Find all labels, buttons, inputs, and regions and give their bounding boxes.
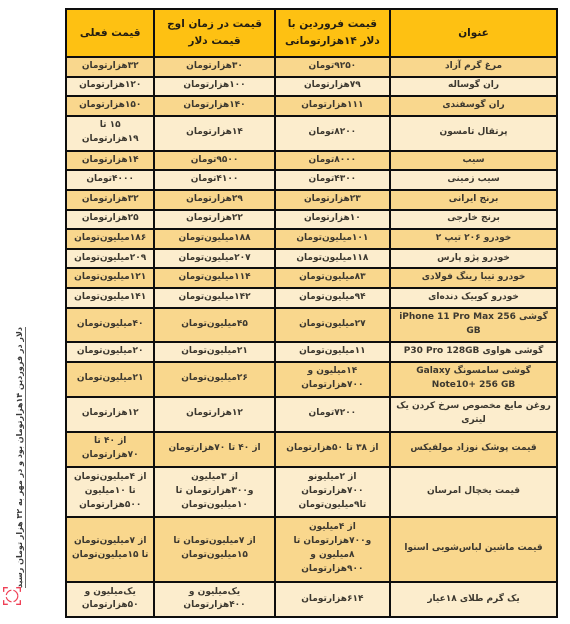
- news-agency-logo-icon: [2, 586, 22, 606]
- cell-item-title: گوشی هواوی P30 Pro 128GB: [390, 342, 557, 362]
- table-row: سیب زمینی ۴۳۰۰تومان ۴۱۰۰تومان ۴۰۰۰تومان: [66, 170, 557, 190]
- table-body: مرغ گرم آزاد ۹۲۵۰تومان ۳۰هزارتومان ۳۲هزا…: [66, 57, 557, 617]
- cell-peak-price: از ۴۰ تا ۷۰هزارتومان: [154, 432, 274, 467]
- cell-peak-price: ۱۱۴میلیون‌تومان: [154, 268, 274, 288]
- cell-item-title: پرتقال تامسون: [390, 116, 557, 151]
- cell-farvardin-price: از ۴میلیون و۷۰۰هزارتومان تا ۸میلیون و ۹۰…: [275, 517, 390, 582]
- cell-item-title: خودرو تیبا رینگ فولادی: [390, 268, 557, 288]
- cell-current-price: ۱۴۱میلیون‌تومان: [66, 288, 154, 308]
- cell-peak-price: ۲۶میلیون‌تومان: [154, 362, 274, 397]
- cell-item-title: خودرو پژو پارس: [390, 249, 557, 269]
- cell-current-price: از ۴۰ تا ۷۰هزارتومان: [66, 432, 154, 467]
- table-row: خودرو کوییک دنده‌ای ۹۴میلیون‌تومان ۱۴۲می…: [66, 288, 557, 308]
- cell-peak-price: از ۷میلیون‌تومان تا ۱۵میلیون‌تومان: [154, 517, 274, 582]
- cell-farvardin-price: ۹۲۵۰تومان: [275, 57, 390, 77]
- cell-farvardin-price: ۸۲۰۰تومان: [275, 116, 390, 151]
- cell-peak-price: ۱۴۰هزارتومان: [154, 96, 274, 116]
- cell-item-title: قیمت ماشین لباس‌شویی اسنوا: [390, 517, 557, 582]
- cell-farvardin-price: ۸۳میلیون‌تومان: [275, 268, 390, 288]
- table-row: گوشی iPhone 11 Pro Max 256 GB ۲۷میلیون‌ت…: [66, 308, 557, 343]
- table-row: قیمت یخچال امرسان از ۲میلیونو ۷۰۰هزارتوم…: [66, 467, 557, 517]
- cell-current-price: ۱۵۰هزارتومان: [66, 96, 154, 116]
- cell-farvardin-price: ۹۴میلیون‌تومان: [275, 288, 390, 308]
- cell-current-price: یک‌میلیون و ۵۰هزارتومان: [66, 582, 154, 617]
- cell-current-price: ۲۰۹میلیون‌تومان: [66, 249, 154, 269]
- table-row: برنج خارجی ۱۰هزارتومان ۲۲هزارتومان ۲۵هزا…: [66, 210, 557, 230]
- cell-current-price: از ۴میلیون‌تومان تا ۱۰میلیون ۵۰۰هزارتوما…: [66, 467, 154, 517]
- cell-current-price: ۴۰۰۰تومان: [66, 170, 154, 190]
- cell-peak-price: ۲۰۷میلیون‌تومان: [154, 249, 274, 269]
- cell-item-title: برنج ایرانی: [390, 190, 557, 210]
- header-row: عنوان قیمت فروردین با دلار ۱۴هزارتومانی …: [66, 9, 557, 57]
- side-caption: دلار در فروردین ۱۴هزارتومان بود و در مهر…: [7, 327, 26, 588]
- cell-current-price: ۳۲هزارتومان: [66, 57, 154, 77]
- cell-farvardin-price: ۶۱۴هزارتومان: [275, 582, 390, 617]
- cell-peak-price: ۲۲هزارتومان: [154, 210, 274, 230]
- cell-current-price: ۱۴هزارتومان: [66, 151, 154, 171]
- cell-farvardin-price: ۷۲۰۰تومان: [275, 397, 390, 432]
- cell-item-title: گوشی iPhone 11 Pro Max 256 GB: [390, 308, 557, 343]
- cell-farvardin-price: ۲۳هزارتومان: [275, 190, 390, 210]
- table-row: یک گرم طلای ۱۸عیار ۶۱۴هزارتومان یک‌میلیو…: [66, 582, 557, 617]
- col-header-current-price: قیمت فعلی: [66, 9, 154, 57]
- cell-item-title: قیمت پوشک نوزاد مولفیکس: [390, 432, 557, 467]
- price-comparison-infographic: دلار در فروردین ۱۴هزارتومان بود و در مهر…: [0, 0, 570, 624]
- cell-farvardin-price: ۸۰۰۰تومان: [275, 151, 390, 171]
- cell-peak-price: ۹۵۰۰تومان: [154, 151, 274, 171]
- cell-peak-price: ۴۵میلیون‌تومان: [154, 308, 274, 343]
- cell-peak-price: از ۳میلیون و۳۰۰هزارتومان تا ۱۰میلیون‌توم…: [154, 467, 274, 517]
- cell-item-title: قیمت یخچال امرسان: [390, 467, 557, 517]
- cell-item-title: سیب: [390, 151, 557, 171]
- cell-current-price: ۱۲۱میلیون‌تومان: [66, 268, 154, 288]
- cell-peak-price: یک‌میلیون و ۴۰۰هزارتومان: [154, 582, 274, 617]
- table-row: سیب ۸۰۰۰تومان ۹۵۰۰تومان ۱۴هزارتومان: [66, 151, 557, 171]
- cell-current-price: ۲۱میلیون‌تومان: [66, 362, 154, 397]
- cell-current-price: ۲۰میلیون‌تومان: [66, 342, 154, 362]
- table-row: ران گوساله ۷۹هزارتومان ۱۰۰هزارتومان ۱۲۰ه…: [66, 77, 557, 97]
- cell-item-title: مرغ گرم آزاد: [390, 57, 557, 77]
- cell-farvardin-price: ۴۳۰۰تومان: [275, 170, 390, 190]
- table-row: قیمت پوشک نوزاد مولفیکس از ۳۸ تا ۵۰هزارت…: [66, 432, 557, 467]
- col-header-title: عنوان: [390, 9, 557, 57]
- cell-item-title: یک گرم طلای ۱۸عیار: [390, 582, 557, 617]
- cell-current-price: ۲۵هزارتومان: [66, 210, 154, 230]
- cell-item-title: خودرو کوییک دنده‌ای: [390, 288, 557, 308]
- cell-item-title: برنج خارجی: [390, 210, 557, 230]
- table-row: پرتقال تامسون ۸۲۰۰تومان ۱۴هزارتومان ۱۵ ت…: [66, 116, 557, 151]
- cell-current-price: ۱۲۰هزارتومان: [66, 77, 154, 97]
- cell-farvardin-price: ۲۷میلیون‌تومان: [275, 308, 390, 343]
- col-header-farvardin-price: قیمت فروردین با دلار ۱۴هزارتومانی: [275, 9, 390, 57]
- cell-peak-price: ۱۴هزارتومان: [154, 116, 274, 151]
- cell-farvardin-price: ۱۰۱میلیون‌تومان: [275, 229, 390, 249]
- cell-peak-price: ۲۱میلیون‌تومان: [154, 342, 274, 362]
- table-row: خودرو پژو پارس ۱۱۸میلیون‌تومان ۲۰۷میلیون…: [66, 249, 557, 269]
- cell-farvardin-price: ۷۹هزارتومان: [275, 77, 390, 97]
- cell-current-price: ۱۸۶میلیون‌تومان: [66, 229, 154, 249]
- cell-farvardin-price: از ۳۸ تا ۵۰هزارتومان: [275, 432, 390, 467]
- cell-peak-price: ۱۰۰هزارتومان: [154, 77, 274, 97]
- table-row: گوشی سامسونگ Galaxy Note10+ 256 GB ۱۴میل…: [66, 362, 557, 397]
- table-row: روغن مایع مخصوص سرخ کردن یک لیتری ۷۲۰۰تو…: [66, 397, 557, 432]
- cell-item-title: ران گوسفندی: [390, 96, 557, 116]
- table-row: برنج ایرانی ۲۳هزارتومان ۲۹هزارتومان ۳۲هز…: [66, 190, 557, 210]
- price-table-grid: عنوان قیمت فروردین با دلار ۱۴هزارتومانی …: [65, 8, 558, 618]
- table-row: خودرو ۲۰۶ تیپ ۲ ۱۰۱میلیون‌تومان ۱۸۸میلیو…: [66, 229, 557, 249]
- cell-current-price: ۴۰میلیون‌تومان: [66, 308, 154, 343]
- cell-current-price: از ۷میلیون‌تومان تا ۱۵میلیون‌تومان: [66, 517, 154, 582]
- cell-current-price: ۳۲هزارتومان: [66, 190, 154, 210]
- cell-item-title: سیب زمینی: [390, 170, 557, 190]
- table-row: قیمت ماشین لباس‌شویی اسنوا از ۴میلیون و۷…: [66, 517, 557, 582]
- dollar-rate-note: دلار در فروردین ۱۴هزارتومان بود و در مهر…: [15, 327, 26, 588]
- table-row: ران گوسفندی ۱۱۱هزارتومان ۱۴۰هزارتومان ۱۵…: [66, 96, 557, 116]
- table-row: مرغ گرم آزاد ۹۲۵۰تومان ۳۰هزارتومان ۳۲هزا…: [66, 57, 557, 77]
- cell-farvardin-price: از ۲میلیونو ۷۰۰هزارتومان تا۹میلیون‌تومان: [275, 467, 390, 517]
- cell-farvardin-price: ۱۱میلیون‌تومان: [275, 342, 390, 362]
- col-header-peak-price: قیمت در زمان اوج قیمت دلار: [154, 9, 274, 57]
- table-row: گوشی هواوی P30 Pro 128GB ۱۱میلیون‌تومان …: [66, 342, 557, 362]
- cell-farvardin-price: ۱۱۸میلیون‌تومان: [275, 249, 390, 269]
- cell-peak-price: ۱۴۲میلیون‌تومان: [154, 288, 274, 308]
- cell-item-title: گوشی سامسونگ Galaxy Note10+ 256 GB: [390, 362, 557, 397]
- cell-peak-price: ۴۱۰۰تومان: [154, 170, 274, 190]
- cell-current-price: ۱۵ تا ۱۹هزارتومان: [66, 116, 154, 151]
- cell-farvardin-price: ۱۰هزارتومان: [275, 210, 390, 230]
- cell-item-title: خودرو ۲۰۶ تیپ ۲: [390, 229, 557, 249]
- cell-peak-price: ۲۹هزارتومان: [154, 190, 274, 210]
- cell-peak-price: ۳۰هزارتومان: [154, 57, 274, 77]
- cell-peak-price: ۱۲هزارتومان: [154, 397, 274, 432]
- cell-farvardin-price: ۱۱۱هزارتومان: [275, 96, 390, 116]
- cell-farvardin-price: ۱۴میلیون و ۷۰۰هزارتومان: [275, 362, 390, 397]
- cell-peak-price: ۱۸۸میلیون‌تومان: [154, 229, 274, 249]
- cell-item-title: روغن مایع مخصوص سرخ کردن یک لیتری: [390, 397, 557, 432]
- cell-item-title: ران گوساله: [390, 77, 557, 97]
- table-row: خودرو تیبا رینگ فولادی ۸۳میلیون‌تومان ۱۱…: [66, 268, 557, 288]
- price-table: عنوان قیمت فروردین با دلار ۱۴هزارتومانی …: [65, 8, 558, 618]
- cell-current-price: ۱۲هزارتومان: [66, 397, 154, 432]
